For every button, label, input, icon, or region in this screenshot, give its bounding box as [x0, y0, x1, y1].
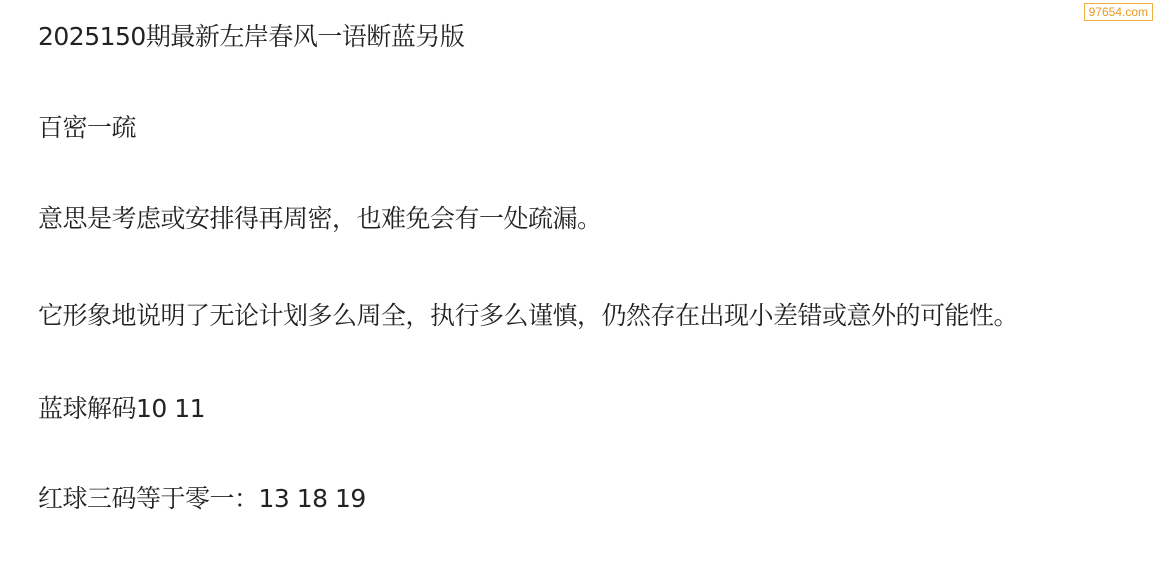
watermark-badge: 97654.com: [1084, 3, 1153, 21]
idiom-heading: 百密一疏: [38, 112, 136, 144]
red-ball-numbers-line: 红球三码等于零一：13 18 19: [38, 483, 366, 515]
idiom-explanation-paragraph: 它形象地说明了无论计划多么周全，执行多么谨慎，仍然存在出现小差错或意外的可能性。: [38, 300, 1018, 332]
blue-ball-decode-line: 蓝球解码10 11: [38, 393, 205, 425]
idiom-meaning-paragraph: 意思是考虑或安排得再周密，也难免会有一处疏漏。: [38, 203, 602, 235]
article-title: 2025150期最新左岸春风一语断蓝另版: [38, 21, 464, 53]
